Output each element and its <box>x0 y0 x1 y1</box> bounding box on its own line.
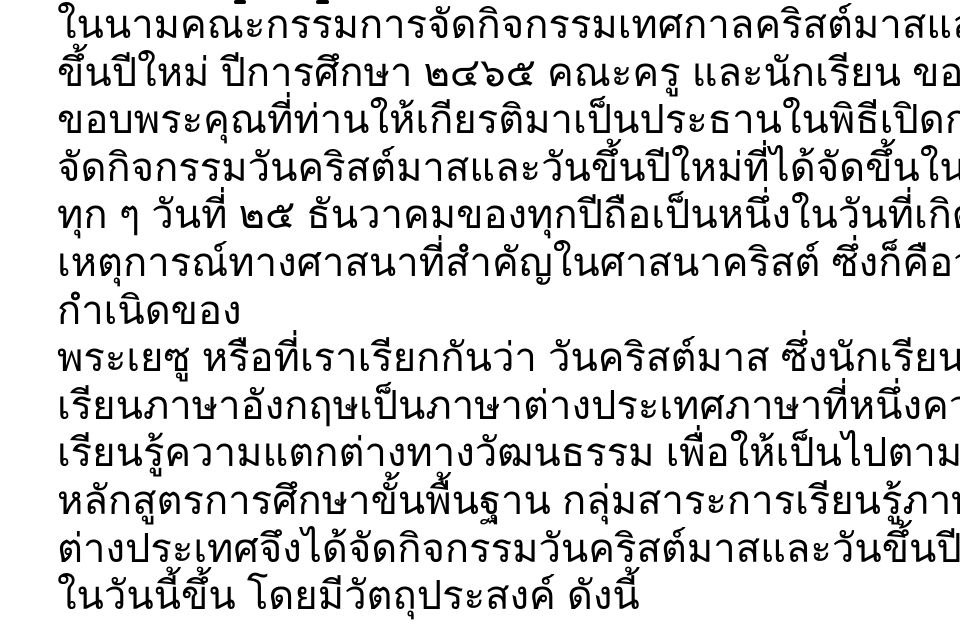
text-line: จัดกิจกรรมวันคริสต์มาสและวันขึ้นปีใหม่ที… <box>57 145 905 193</box>
text-line: เรียนรู้ความแตกต่างทางวัฒนธรรม เพื่อให้เ… <box>57 430 905 478</box>
cropped-text-artifact <box>316 0 329 4</box>
text-line: หลักสูตรการศึกษาขั้นพื้นฐาน กลุ่มสาระการ… <box>57 478 905 526</box>
text-line: ทุก ๆ วันที่ ๒๕ ธันวาคมของทุกปีถือเป็นหน… <box>57 192 905 240</box>
text-line: ขึ้นปีใหม่ ปีการศึกษา ๒๔๖๕ คณะครู และนัก… <box>57 50 905 98</box>
document-page: ในนามคณะกรรมการจัดกิจกรรมเทศกาลคริสต์มาส… <box>0 0 960 628</box>
text-line: กำเนิดของ <box>57 288 905 336</box>
text-line: ขอบพระคุณที่ท่านให้เกียรติมาเป็นประธานใน… <box>57 97 905 145</box>
text-line: เหตุการณ์ทางศาสนาที่สำคัญในศาสนาคริสต์ ซ… <box>57 240 905 288</box>
text-line: ต่างประเทศจึงได้จัดกิจกรรมวันคริสต์มาสแล… <box>57 526 905 574</box>
paragraph: ในนามคณะกรรมการจัดกิจกรรมเทศกาลคริสต์มาส… <box>57 2 905 621</box>
text-line: พระเยซู หรือที่เราเรียกกันว่า วันคริสต์ม… <box>57 335 905 383</box>
text-line: ในนามคณะกรรมการจัดกิจกรรมเทศกาลคริสต์มาส… <box>57 2 905 50</box>
cropped-text-artifact <box>234 0 246 4</box>
text-line: เรียนภาษาอังกฤษเป็นภาษาต่างประเทศภาษาที่… <box>57 383 905 431</box>
text-line: ในวันนี้ขึ้น โดยมีวัตถุประสงค์ ดังนี้ <box>57 573 905 621</box>
